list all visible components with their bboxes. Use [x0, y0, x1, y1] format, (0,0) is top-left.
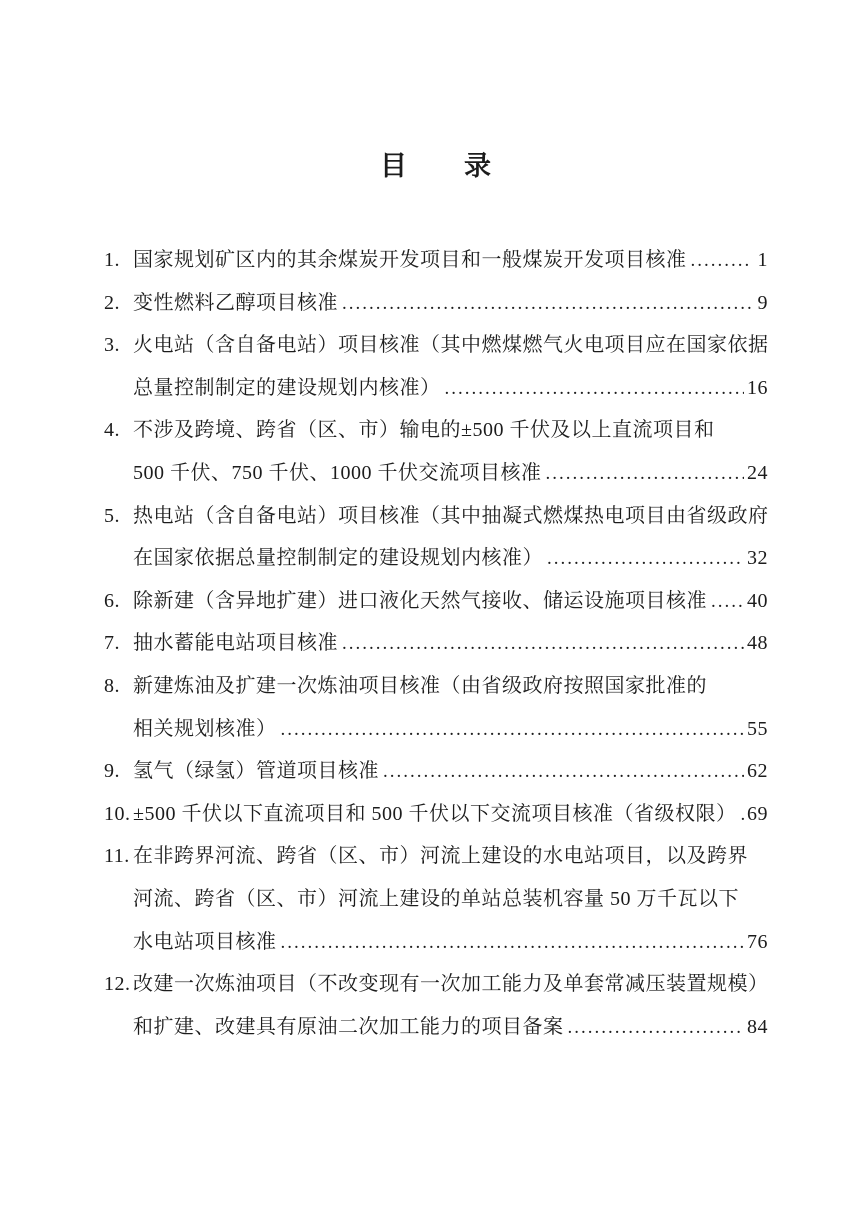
toc-page-number: 32 — [747, 537, 768, 580]
toc-entry-line[interactable]: 1.国家规划矿区内的其余煤炭开发项目和一般煤炭开发项目核准...........… — [104, 239, 768, 282]
toc-entry-text: 和扩建、改建具有原油二次加工能力的项目备案 — [133, 1006, 564, 1049]
toc-entry-text: 除新建（含异地扩建）进口液化天然气接收、储运设施项目核准 — [133, 580, 707, 623]
toc-entry-number: 7. — [104, 622, 133, 665]
toc-entry[interactable]: 6.除新建（含异地扩建）进口液化天然气接收、储运设施项目核准..........… — [104, 580, 768, 623]
toc-entry-number: 1. — [104, 239, 133, 282]
dotted-leader: ........................................… — [691, 240, 752, 283]
toc-entry-continuation-line[interactable]: 相关规划核准）.................................… — [104, 708, 768, 751]
dotted-leader: ........................................… — [711, 581, 744, 624]
dotted-leader: ........................................… — [383, 751, 744, 794]
toc-entry-text: 500 千伏、750 千伏、1000 千伏交流项目核准 — [133, 452, 542, 495]
toc-entry-number: 4. — [104, 409, 133, 452]
toc-entry-number: 5. — [104, 495, 133, 538]
toc-page-number: 1 — [754, 239, 768, 282]
toc-entry-text: 热电站（含自备电站）项目核准（其中抽凝式燃煤热电项目由省级政府 — [133, 495, 769, 538]
toc-entry-text: 氢气（绿氢）管道项目核准 — [133, 750, 379, 793]
toc-entry-number: 10. — [104, 793, 133, 836]
dotted-leader: ........................................… — [281, 709, 745, 752]
toc-page-number: 62 — [747, 750, 768, 793]
toc-entry-text: 改建一次炼油项目（不改变现有一次加工能力及单套常减压装置规模） — [133, 963, 769, 1006]
toc-entry-line[interactable]: 12.改建一次炼油项目（不改变现有一次加工能力及单套常减压装置规模） — [104, 963, 768, 1006]
toc-entry[interactable]: 10.±500 千伏以下直流项目和 500 千伏以下交流项目核准（省级权限）..… — [104, 793, 768, 836]
toc-entry-number: 12. — [104, 963, 133, 1006]
toc-entry-continuation-line[interactable]: 在国家依据总量控制制定的建设规划内核准）....................… — [104, 537, 768, 580]
toc-entry[interactable]: 4.不涉及跨境、跨省（区、市）输电的±500 千伏及以上直流项目和500 千伏、… — [104, 409, 768, 494]
toc-entry-text: 变性燃料乙醇项目核准 — [133, 282, 338, 325]
toc-entry-line[interactable]: 5.热电站（含自备电站）项目核准（其中抽凝式燃煤热电项目由省级政府 — [104, 495, 768, 538]
page-content: 目 录 1.国家规划矿区内的其余煤炭开发项目和一般煤炭开发项目核准.......… — [104, 0, 768, 1048]
toc-entry-text: 新建炼油及扩建一次炼油项目核准（由省级政府按照国家批准的 — [133, 665, 707, 708]
toc-entry-text: 相关规划核准） — [133, 708, 277, 751]
dotted-leader: ........................................… — [546, 453, 745, 496]
toc-entry[interactable]: 5.热电站（含自备电站）项目核准（其中抽凝式燃煤热电项目由省级政府在国家依据总量… — [104, 495, 768, 580]
page-title: 目 录 — [104, 144, 768, 183]
toc-entry-text: 水电站项目核准 — [133, 921, 277, 964]
toc-entry-line[interactable]: 10.±500 千伏以下直流项目和 500 千伏以下交流项目核准（省级权限）..… — [104, 793, 768, 836]
toc-entry-line[interactable]: 7.抽水蓄能电站项目核准............................… — [104, 622, 768, 665]
toc-entry-continuation-line[interactable]: 总量控制制定的建设规划内核准）.........................… — [104, 367, 768, 410]
toc-entry-line[interactable]: 3.火电站（含自备电站）项目核准（其中燃煤燃气火电项目应在国家依据 — [104, 324, 768, 367]
toc-page-number: 55 — [747, 708, 768, 751]
toc-entry-continuation-line[interactable]: 500 千伏、750 千伏、1000 千伏交流项目核准.............… — [104, 452, 768, 495]
dotted-leader: ........................................… — [342, 623, 744, 666]
toc-entry-continuation-line[interactable]: 河流、跨省（区、市）河流上建设的单站总装机容量 50 万千瓦以下 — [104, 878, 768, 921]
toc-entry[interactable]: 7.抽水蓄能电站项目核准............................… — [104, 622, 768, 665]
toc-entry-number: 11. — [104, 835, 133, 878]
toc-entry-number: 6. — [104, 580, 133, 623]
toc-entry-text: 在非跨界河流、跨省（区、市）河流上建设的水电站项目，以及跨界 — [133, 835, 748, 878]
toc-entry-text: 火电站（含自备电站）项目核准（其中燃煤燃气火电项目应在国家依据 — [133, 324, 769, 367]
toc-entry[interactable]: 1.国家规划矿区内的其余煤炭开发项目和一般煤炭开发项目核准...........… — [104, 239, 768, 282]
toc-page-number: 16 — [747, 367, 768, 410]
toc-entry-number: 3. — [104, 324, 133, 367]
toc-entry-continuation-line[interactable]: 和扩建、改建具有原油二次加工能力的项目备案...................… — [104, 1006, 768, 1049]
toc-page-number: 69 — [747, 793, 768, 836]
toc-entry-number: 2. — [104, 282, 133, 325]
toc-page-number: 76 — [747, 921, 768, 964]
toc-page-number: 84 — [747, 1006, 768, 1049]
toc-page-number: 9 — [754, 282, 768, 325]
toc-entry-line[interactable]: 8.新建炼油及扩建一次炼油项目核准（由省级政府按照国家批准的 — [104, 665, 768, 708]
toc-entry-text: 在国家依据总量控制制定的建设规划内核准） — [133, 537, 543, 580]
toc-entry-text: ±500 千伏以下直流项目和 500 千伏以下交流项目核准（省级权限） — [133, 793, 736, 836]
dotted-leader: ........................................… — [445, 368, 745, 411]
toc-list: 1.国家规划矿区内的其余煤炭开发项目和一般煤炭开发项目核准...........… — [104, 239, 768, 1048]
toc-page-number: 48 — [747, 622, 768, 665]
toc-entry[interactable]: 11.在非跨界河流、跨省（区、市）河流上建设的水电站项目，以及跨界河流、跨省（区… — [104, 835, 768, 963]
dotted-leader: ........................................… — [568, 1007, 745, 1050]
dotted-leader: ........................................… — [281, 922, 745, 965]
toc-entry-line[interactable]: 11.在非跨界河流、跨省（区、市）河流上建设的水电站项目，以及跨界 — [104, 835, 768, 878]
toc-entry-continuation-line[interactable]: 水电站项目核准.................................… — [104, 921, 768, 964]
toc-entry-line[interactable]: 4.不涉及跨境、跨省（区、市）输电的±500 千伏及以上直流项目和 — [104, 409, 768, 452]
toc-entry-text: 总量控制制定的建设规划内核准） — [133, 367, 441, 410]
toc-entry-line[interactable]: 9.氢气（绿氢）管道项目核准..........................… — [104, 750, 768, 793]
toc-entry[interactable]: 3.火电站（含自备电站）项目核准（其中燃煤燃气火电项目应在国家依据总量控制制定的… — [104, 324, 768, 409]
toc-entry[interactable]: 8.新建炼油及扩建一次炼油项目核准（由省级政府按照国家批准的相关规划核准）...… — [104, 665, 768, 750]
toc-entry-number: 8. — [104, 665, 133, 708]
toc-entry-number: 9. — [104, 750, 133, 793]
toc-entry-line[interactable]: 6.除新建（含异地扩建）进口液化天然气接收、储运设施项目核准..........… — [104, 580, 768, 623]
toc-entry-line[interactable]: 2.变性燃料乙醇项目核准............................… — [104, 282, 768, 325]
toc-page-number: 24 — [747, 452, 768, 495]
toc-entry[interactable]: 9.氢气（绿氢）管道项目核准..........................… — [104, 750, 768, 793]
dotted-leader: ........................................… — [547, 538, 744, 581]
toc-page-number: 40 — [747, 580, 768, 623]
dotted-leader: ........................................… — [740, 794, 744, 837]
toc-entry[interactable]: 12.改建一次炼油项目（不改变现有一次加工能力及单套常减压装置规模）和扩建、改建… — [104, 963, 768, 1048]
toc-entry-text: 不涉及跨境、跨省（区、市）输电的±500 千伏及以上直流项目和 — [133, 409, 714, 452]
document-page: 目 录 1.国家规划矿区内的其余煤炭开发项目和一般煤炭开发项目核准.......… — [0, 0, 868, 1227]
toc-entry-text: 抽水蓄能电站项目核准 — [133, 622, 338, 665]
dotted-leader: ........................................… — [342, 283, 751, 326]
toc-entry[interactable]: 2.变性燃料乙醇项目核准............................… — [104, 282, 768, 325]
toc-entry-text: 国家规划矿区内的其余煤炭开发项目和一般煤炭开发项目核准 — [133, 239, 687, 282]
toc-entry-text: 河流、跨省（区、市）河流上建设的单站总装机容量 50 万千瓦以下 — [133, 878, 739, 921]
